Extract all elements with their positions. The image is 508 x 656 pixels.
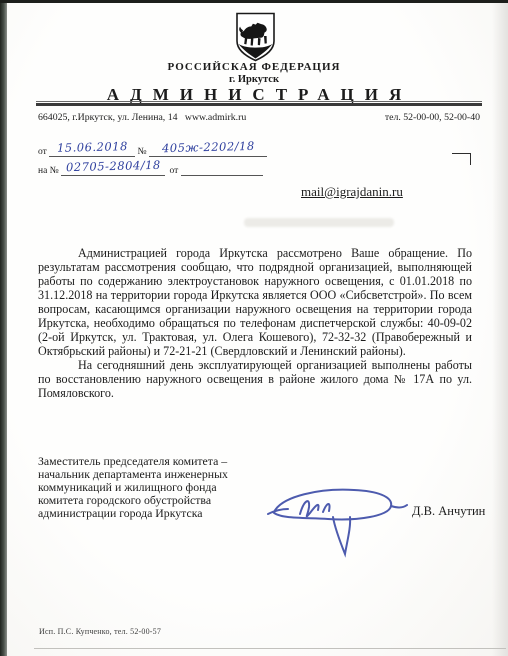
ref-number-label: № — [138, 147, 147, 157]
signer-position-line: администрации города Иркутска — [38, 507, 288, 520]
reference-line-outgoing: от 15.06.2018 № 405ж-2202/18 — [38, 141, 267, 157]
ref-date-field: 15.06.2018 — [49, 141, 135, 157]
letterhead-address: 664025, г.Иркутск, ул. Ленина, 14 www.ad… — [38, 112, 246, 123]
reference-line-incoming: на № 02705-2804/18 от — [38, 160, 263, 176]
irkutsk-babr-coat-of-arms-icon — [233, 12, 278, 62]
letterhead-rule — [36, 101, 482, 106]
recipient-email: mail@igrajdanin.ru — [301, 184, 403, 200]
redacted-smudge — [244, 218, 394, 227]
recipient-corner-mark-icon — [452, 153, 471, 165]
letterhead-phones: тел. 52-00-00, 52-00-40 — [385, 112, 480, 123]
signer-position-line: Заместитель председателя комитета – — [38, 455, 288, 468]
body-paragraph: На сегодняшний день эксплуатирующей орга… — [38, 358, 472, 400]
executor-note: Исп. П.С. Купченко, тел. 52-00-57 — [39, 627, 161, 636]
signer-position-block: Заместитель председателя комитета – нача… — [38, 455, 288, 520]
letterhead-country: РОССИЙСКАЯ ФЕДЕРАЦИЯ — [0, 61, 508, 73]
scan-edge-top — [0, 0, 508, 3]
letterhead-city: г. Иркутск — [0, 74, 508, 85]
handwritten-signature-icon — [266, 476, 408, 562]
ref-reply-date-field-blank — [181, 162, 263, 176]
letterhead-website: www.admirk.ru — [185, 112, 246, 123]
ref-reply-label: на № — [38, 166, 59, 176]
ref-from-label: от — [38, 147, 47, 157]
signer-position-line: комитета городского обустройства — [38, 494, 288, 507]
letterhead-address-row: 664025, г.Иркутск, ул. Ленина, 14 www.ad… — [38, 112, 480, 123]
letter-body: Администрацией города Иркутска рассмотре… — [38, 246, 472, 401]
ref-number-handwritten: 405ж-2202/18 — [161, 140, 254, 155]
signer-position-line: начальник департамента инженерных — [38, 468, 288, 481]
ref-reply-field: 02705-2804/18 — [61, 160, 165, 176]
scanned-letter-page: { "letterhead": { "emblem_icon": "irkuts… — [0, 0, 508, 656]
ref-date-handwritten: 15.06.2018 — [57, 140, 128, 155]
body-paragraph: Администрацией города Иркутска рассмотре… — [38, 246, 472, 358]
ref-reply-handwritten: 02705-2804/18 — [66, 159, 161, 174]
ref-number-field: 405ж-2202/18 — [149, 141, 267, 157]
scan-edge-bottom-line — [34, 648, 506, 649]
signer-name: Д.В. Анчутин — [412, 504, 485, 519]
ref-reply-from-label: от — [170, 166, 179, 176]
signer-position-line: коммуникаций и жилищного фонда — [38, 481, 288, 494]
